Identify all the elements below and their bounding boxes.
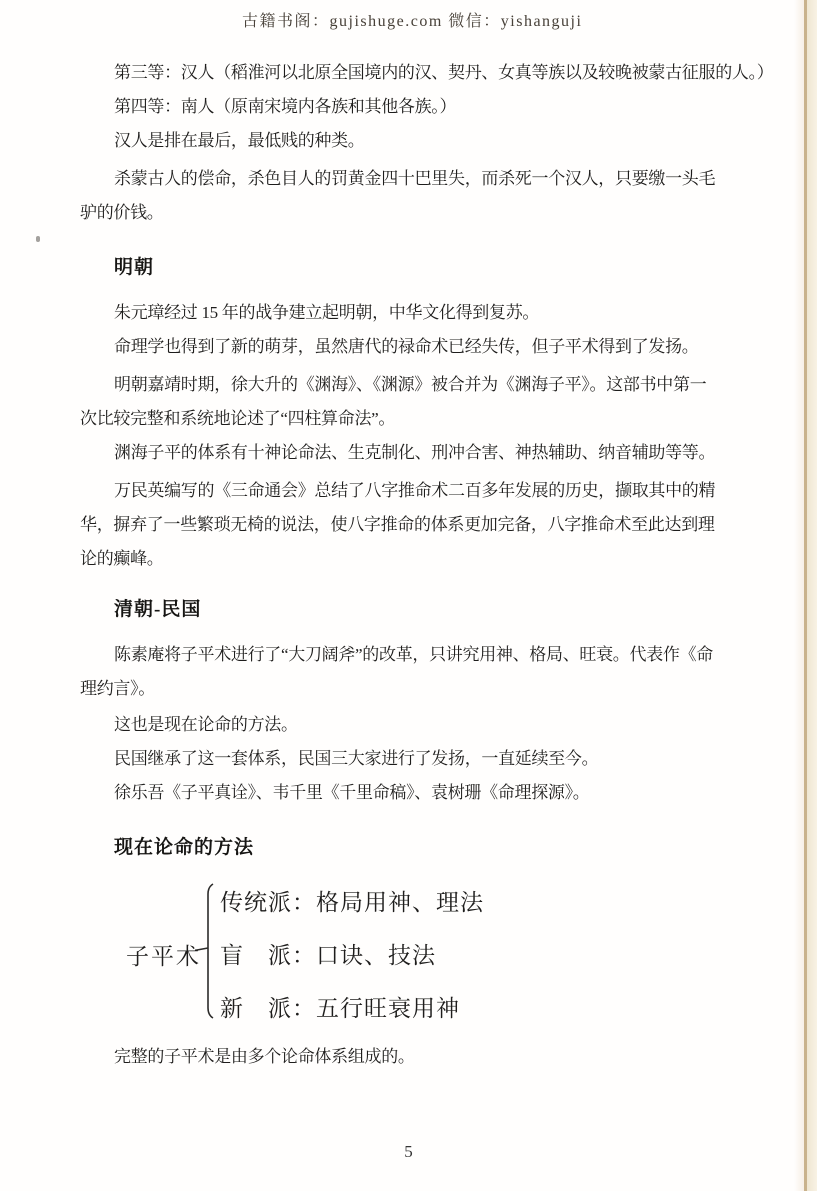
body-line: 第四等：南人（原南宋境内各族和其他各族。） [114,92,456,117]
section-heading-qing: 清朝-民国 [114,594,201,621]
diagram-branch-new: 新 派：五行旺衰用神 [220,990,460,1023]
scan-edge-strip [807,0,817,1191]
section-heading-modern: 现在论命的方法 [114,832,254,859]
diagram-root-label: 子平术 [126,938,201,971]
body-line: 朱元璋经过 15 年的战争建立起明朝，中华文化得到复苏。 [114,298,539,323]
diagram-branch-traditional: 传统派：格局用神、理法 [220,884,484,917]
diagram-bracket-icon [196,882,222,1020]
body-line: 完整的子平术是由多个论命体系组成的。 [114,1042,415,1067]
watermark-header: 古籍书阁：gujishuge.com 微信：yishanguji [242,8,582,31]
body-line: 华，摒弃了一些繁琐无椅的说法，使八字推命的体系更加完备，八字推命术至此达到理 [80,510,715,535]
body-line: 明朝嘉靖时期，徐大升的《渊海》、《渊源》被合并为《渊海子平》。这部书中第一 [114,370,706,395]
body-line: 汉人是排在最后，最低贱的种类。 [114,126,365,151]
body-line: 论的癫峰。 [80,544,164,569]
body-line: 陈素庵将子平术进行了“大刀阔斧”的改革，只讲究用神、格局、旺衰。代表作《命 [114,640,713,665]
page-number: 5 [0,1142,817,1162]
diagram-branch-blind: 盲 派：口诀、技法 [220,937,436,970]
body-line: 驴的价钱。 [80,198,164,223]
scan-speck [36,236,40,242]
scan-edge-fade [794,0,804,1191]
body-line: 第三等：汉人（稻淮河以北原全国境内的汉、契丹、女真等族以及较晚被蒙古征服的人。） [114,58,774,83]
body-line: 杀蒙古人的偿命，杀色目人的罚黄金四十巴里失，而杀死一个汉人，只要缴一头毛 [114,164,715,189]
scanned-book-page: 古籍书阁：gujishuge.com 微信：yishanguji 第三等：汉人（… [0,0,817,1191]
body-line: 徐乐吾《子平真诠》、韦千里《千里命稿》、袁树珊《命理探源》。 [114,778,590,803]
body-line: 这也是现在论命的方法。 [114,710,298,735]
section-heading-ming: 明朝 [114,252,154,279]
body-line: 次比较完整和系统地论述了“四柱算命法”。 [80,404,395,429]
body-line: 渊海子平的体系有十神论命法、生克制化、刑冲合害、神热辅助、纳音辅助等等。 [114,438,715,463]
body-line: 万民英编写的《三命通会》总结了八字推命术二百多年发展的历史，撷取其中的精 [114,476,715,501]
body-line: 理约言》。 [80,674,155,699]
body-line: 民国继承了这一套体系，民国三大家进行了发扬，一直延续至今。 [114,744,598,769]
body-line: 命理学也得到了新的萌芽，虽然唐代的禄命术已经失传，但子平术得到了发扬。 [114,332,699,357]
